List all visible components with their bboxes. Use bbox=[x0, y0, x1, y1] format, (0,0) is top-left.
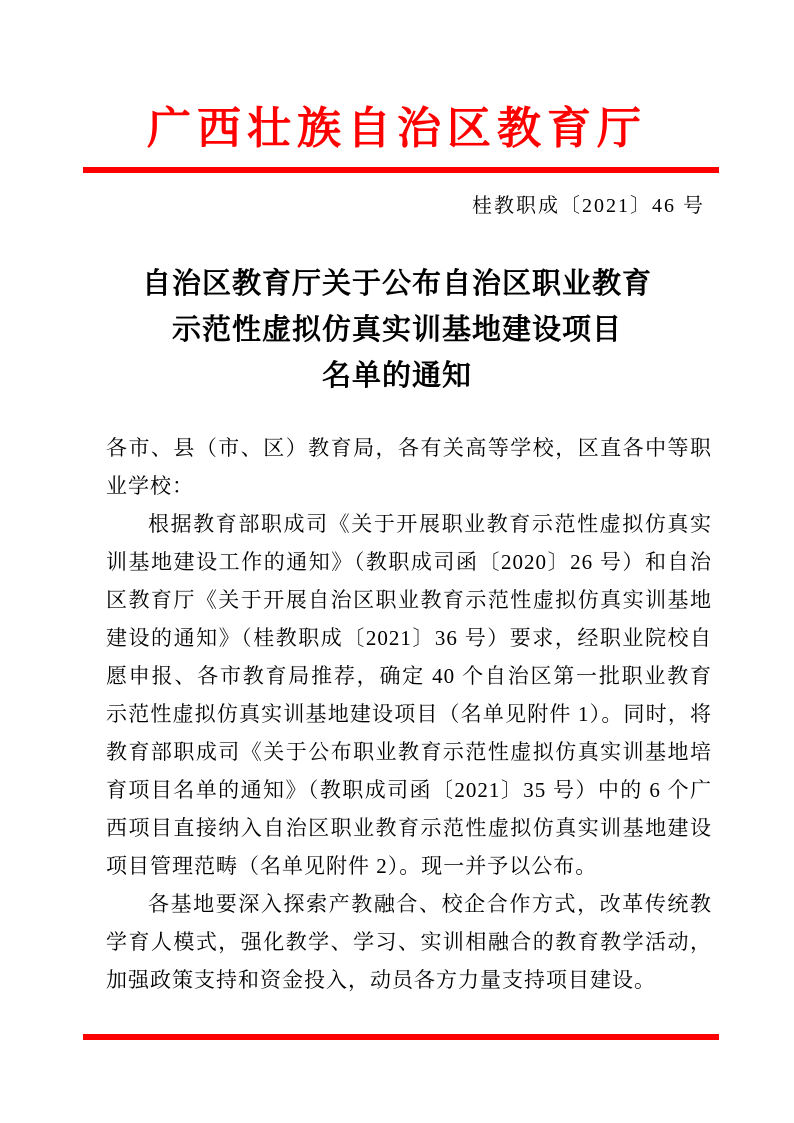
red-rule-top bbox=[83, 167, 719, 173]
notice-title: 自治区教育厅关于公布自治区职业教育 示范性虚拟仿真实训基地建设项目 名单的通知 bbox=[0, 261, 794, 399]
notice-body: 各市、县（市、区）教育局，各有关高等学校，区直各中等职业学校： 根据教育部职成司… bbox=[106, 429, 712, 999]
red-rule-bottom bbox=[83, 1034, 719, 1040]
notice-title-line-3: 名单的通知 bbox=[0, 353, 794, 399]
body-paragraph-1: 根据教育部职成司《关于开展职业教育示范性虚拟仿真实训基地建设工作的通知》（教职成… bbox=[106, 505, 712, 885]
document-page: 广西壮族自治区教育厅 桂教职成〔2021〕46 号 自治区教育厅关于公布自治区职… bbox=[0, 0, 794, 1123]
agency-masthead: 广西壮族自治区教育厅 bbox=[0, 104, 794, 154]
salutation-paragraph: 各市、县（市、区）教育局，各有关高等学校，区直各中等职业学校： bbox=[106, 429, 712, 505]
body-paragraph-2: 各基地要深入探索产教融合、校企合作方式，改革传统教学育人模式，强化教学、学习、实… bbox=[106, 885, 712, 999]
notice-title-line-1: 自治区教育厅关于公布自治区职业教育 bbox=[0, 261, 794, 307]
document-number: 桂教职成〔2021〕46 号 bbox=[0, 192, 705, 220]
notice-title-line-2: 示范性虚拟仿真实训基地建设项目 bbox=[0, 307, 794, 353]
